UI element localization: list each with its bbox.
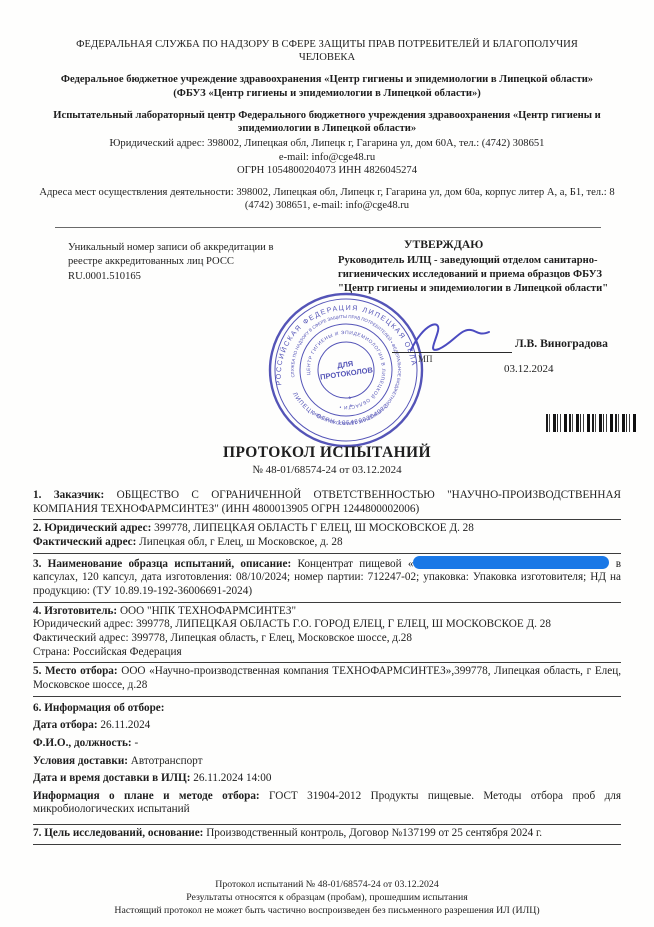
section-label: 7. Цель исследований, основание: bbox=[33, 827, 203, 839]
section-label: 4. Изготовитель: bbox=[33, 605, 117, 617]
section-row: 3. Наименование образца испытаний, описа… bbox=[33, 554, 621, 603]
organization-abbreviation: (ФБУЗ «Центр гигиены и эпидемиологии в Л… bbox=[33, 87, 621, 100]
round-stamp-icon: РОССИЙСКАЯ ФЕДЕРАЦИЯ ЛИПЕЦКАЯ ОБЛАСТЬ ЛИ… bbox=[255, 280, 438, 461]
email: e-mail: info@cge48.ru bbox=[33, 151, 621, 164]
section-label: 5. Место отбора: bbox=[33, 665, 118, 677]
section-line: 7. Цель исследований, основание: Произво… bbox=[33, 827, 621, 841]
accreditation-record: Уникальный номер записи об аккредитации … bbox=[68, 241, 308, 284]
section-label: Дата и время доставки в ИЛЦ: bbox=[33, 772, 190, 784]
section-label: Дата отбора: bbox=[33, 719, 98, 731]
section-line: Ф.И.О., должность: - bbox=[33, 737, 621, 751]
activity-addresses: Адреса мест осуществления деятельности: … bbox=[33, 186, 621, 212]
section-label: Фактический адрес: bbox=[33, 536, 136, 548]
sections: 1. Заказчик: ОБЩЕСТВО С ОГРАНИЧЕННОЙ ОТВ… bbox=[33, 487, 621, 845]
section-line: Фактический адрес: Липецкая обл, г Елец,… bbox=[33, 536, 621, 550]
title-block: ПРОТОКОЛ ИСПЫТАНИЙ № 48-01/68574-24 от 0… bbox=[0, 444, 654, 476]
stamp-svg: РОССИЙСКАЯ ФЕДЕРАЦИЯ ЛИПЕЦКАЯ ОБЛАСТЬ ЛИ… bbox=[255, 280, 438, 461]
section-line: 1. Заказчик: ОБЩЕСТВО С ОГРАНИЧЕННОЙ ОТВ… bbox=[33, 489, 621, 516]
section-label: 2. Юридический адрес: bbox=[33, 522, 151, 534]
section-row: 1. Заказчик: ОБЩЕСТВО С ОГРАНИЧЕННОЙ ОТВ… bbox=[33, 487, 621, 520]
approval-heading: УТВЕРЖДАЮ bbox=[404, 237, 616, 252]
section-row: 2. Юридический адрес: 399778, ЛИПЕЦКАЯ О… bbox=[33, 520, 621, 553]
section-row: 7. Цель исследований, основание: Произво… bbox=[33, 825, 621, 845]
section-line: 5. Место отбора: ООО «Научно-производств… bbox=[33, 665, 621, 692]
section-label: Ф.И.О., должность: bbox=[33, 737, 132, 749]
page-footer: Протокол испытаний № 48-01/68574-24 от 0… bbox=[0, 879, 654, 918]
section-row: 5. Место отбора: ООО «Научно-производств… bbox=[33, 663, 621, 696]
redaction-bar bbox=[413, 556, 609, 569]
section-line: Информация о плане и методе отбора: ГОСТ… bbox=[33, 790, 621, 817]
federal-service-name: ФЕДЕРАЛЬНАЯ СЛУЖБА ПО НАДЗОРУ В СФЕРЕ ЗА… bbox=[51, 38, 603, 64]
section-line: Условия доставки: Автотранспорт bbox=[33, 755, 621, 769]
section-label: Информация о плане и методе отбора: bbox=[33, 790, 260, 802]
section-label: Условия доставки: bbox=[33, 755, 128, 767]
header-divider bbox=[55, 227, 601, 228]
section-label: 1. Заказчик: bbox=[33, 489, 104, 501]
section-line: Юридический адрес: 399778, ЛИПЕЦКАЯ ОБЛА… bbox=[33, 618, 621, 632]
section-line: Дата и время доставки в ИЛЦ: 26.11.2024 … bbox=[33, 772, 621, 786]
section-label: 6. Информация об отборе: bbox=[33, 702, 164, 714]
organization-name: Федеральное бюджетное учреждение здравоо… bbox=[33, 73, 621, 86]
protocol-title: ПРОТОКОЛ ИСПЫТАНИЙ bbox=[0, 444, 654, 462]
barcode-icon bbox=[546, 414, 637, 432]
stamp-place-mark: МП bbox=[418, 354, 433, 364]
footer-line: Протокол испытаний № 48-01/68574-24 от 0… bbox=[0, 879, 654, 892]
footer-line: Результаты относятся к образцам (пробам)… bbox=[0, 892, 654, 905]
signature-line bbox=[392, 352, 512, 353]
protocol-number: № 48-01/68574-24 от 03.12.2024 bbox=[0, 464, 654, 476]
ogrn-inn: ОГРН 1054800204073 ИНН 4826045274 bbox=[33, 164, 621, 177]
section-row: 6. Информация об отборе:Дата отбора: 26.… bbox=[33, 697, 621, 826]
section-line: 4. Изготовитель: ООО "НПК ТЕХНОФАРМСИНТЕ… bbox=[33, 605, 621, 619]
document-header: ФЕДЕРАЛЬНАЯ СЛУЖБА ПО НАДЗОРУ В СФЕРЕ ЗА… bbox=[33, 38, 621, 213]
section-line: 6. Информация об отборе: bbox=[33, 702, 621, 716]
section-line: 2. Юридический адрес: 399778, ЛИПЕЦКАЯ О… bbox=[33, 522, 621, 536]
signer-name: Л.В. Виноградова bbox=[515, 337, 608, 350]
section-line: Страна: Российская Федерация bbox=[33, 646, 621, 660]
protocol-document-page: ФЕДЕРАЛЬНАЯ СЛУЖБА ПО НАДЗОРУ В СФЕРЕ ЗА… bbox=[0, 0, 654, 927]
approval-date: 03.12.2024 bbox=[504, 363, 554, 375]
legal-address: Юридический адрес: 398002, Липецкая обл,… bbox=[33, 137, 621, 150]
section-label: 3. Наименование образца испытаний, описа… bbox=[33, 558, 291, 570]
section-line: 3. Наименование образца испытаний, описа… bbox=[33, 556, 621, 599]
lab-center-name: Испытательный лабораторный центр Федерал… bbox=[33, 109, 621, 135]
footer-line: Настоящий протокол не может быть частичн… bbox=[0, 905, 654, 918]
section-row: 4. Изготовитель: ООО "НПК ТЕХНОФАРМСИНТЕ… bbox=[33, 603, 621, 664]
section-line: Дата отбора: 26.11.2024 bbox=[33, 719, 621, 733]
section-line: Фактический адрес: 399778, Липецкая обла… bbox=[33, 632, 621, 646]
